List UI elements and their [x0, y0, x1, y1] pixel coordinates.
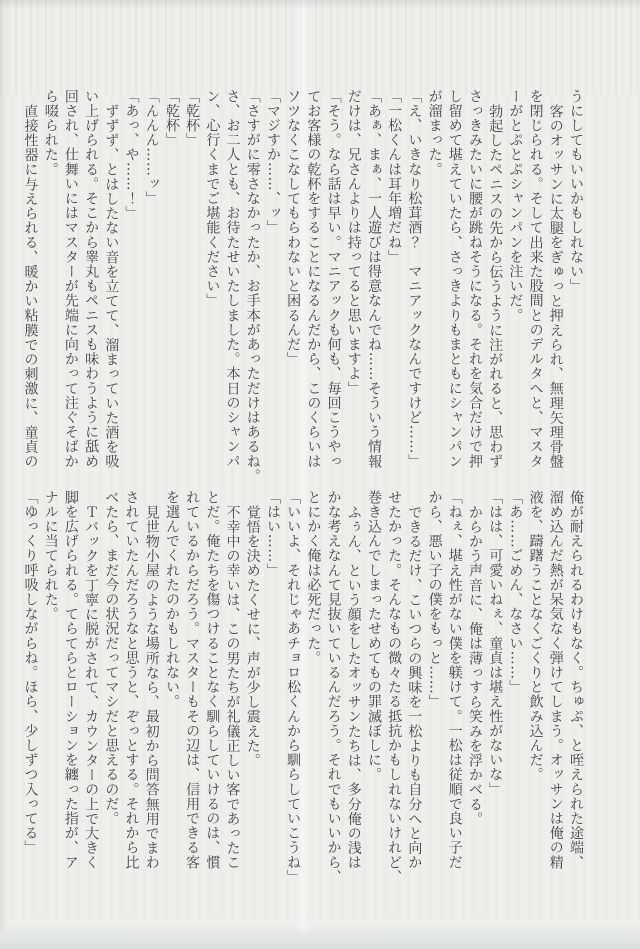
text-line: 脚を広げられる。てらてらとローションを纏った指が、ア	[61, 490, 81, 878]
text-line: 直接性器に与えられる、暖かい粘膜での刺激に、童貞の	[20, 89, 40, 477]
text-line: 勃起したペニスの先から伝うように注がれると、思わず	[485, 89, 505, 477]
text-line: を選んでくれたのかもしれない。	[162, 490, 182, 878]
text-line: 客のオッサンに太腿をぎゅっと押えられ、無理矢理骨盤	[546, 89, 566, 477]
text-line: 「乾杯」	[182, 89, 202, 477]
bottom-text-block: 俺が耐えられるわけもなく。ちゅぷ、と咥えられた途端、溜め込んだ熱が呆気なく弾けて…	[20, 490, 586, 878]
text-line: い上げられる。そこから睾丸もペニスも味わうように舐め	[81, 89, 101, 477]
text-line: ナルに当てられた。	[41, 490, 61, 878]
text-line: ふぅん、という顔をしたオッサンたちは、多分俺の浅は	[344, 490, 364, 878]
text-line: 液を、躊躇うことなくごくりと飲み込んだ。	[525, 490, 545, 878]
text-line: とにかく俺は必死だった。	[303, 490, 323, 878]
text-line: からかう声音に、俺は薄っすら笑みを浮かべる。	[465, 490, 485, 878]
text-line: ずずず、とはしたない音を立てて、溜まっていた酒を吸	[101, 89, 121, 477]
text-line: とだ。俺たちを傷つけることなく馴らしていけるのは、慣	[202, 490, 222, 878]
text-line: Ｔバックを丁寧に脱がされて、カウンターの上で大きく	[81, 490, 101, 878]
scan-edge-left	[0, 0, 8, 949]
text-line: さっきみたいに腰が跳ねそうになる。それを気合だけで押	[465, 89, 485, 477]
text-line: 「え、いきなり松茸酒？ マニアックなんですけど……」	[404, 89, 424, 477]
text-line: 「んんん……ッ」	[142, 89, 162, 477]
scan-streaks-top	[0, 0, 640, 95]
text-line: うにしてもいいかもしれない」	[566, 89, 586, 477]
top-text-block: うにしてもいいかもしれない」客のオッサンに太腿をぎゅっと押えられ、無理矢理骨盤を…	[20, 89, 586, 477]
text-line: れているからだろう。マスターもその辺は、信用できる客	[182, 490, 202, 878]
text-line: 「乾杯」	[162, 89, 182, 477]
text-line: できるだけ、こいつらの興味を一松よりも自分へと向か	[404, 490, 424, 878]
text-line: 「あぁ、まぁ、一人遊びは得意なんでね……そういう情報	[364, 89, 384, 477]
scan-edge-bottom	[0, 925, 640, 949]
text-line: てお客様の乾杯をすることになるんだから、このくらいは	[303, 89, 323, 477]
scanned-book-page: うにしてもいいかもしれない」客のオッサンに太腿をぎゅっと押えられ、無理矢理骨盤を…	[0, 0, 640, 949]
scan-edge-top	[0, 0, 640, 9]
text-line: だけは、兄さんよりは持ってると思いますよ」	[344, 89, 364, 477]
text-line: 俺が耐えられるわけもなく。ちゅぷ、と咥えられた途端、	[566, 490, 586, 878]
text-line: が溜まった。	[424, 89, 444, 477]
text-line: 「はは、可愛いねぇ、童貞は堪え性がないな」	[485, 490, 505, 878]
text-line: さ、お二人とも、お待たせいたしました。本日のシャンパ	[222, 89, 242, 477]
text-line: ーがとぷとぷシャンパンを注いだ。	[505, 89, 525, 477]
text-line: されていたんだろうなと思うと、ぞっとする。それから比	[121, 490, 141, 878]
text-line: 巻き込んでしまったせめてもの罪滅ぼしに。	[364, 490, 384, 878]
text-line: 「そう。なら話は早い。マニアックも何も、毎回こうやっ	[323, 89, 343, 477]
text-line: べたら、まだ今の状況だってマシだと思えるのだ。	[101, 490, 121, 878]
text-line: を閉じられる。そして出来た股間とのデルタへと、マスタ	[525, 89, 545, 477]
text-line: 不幸中の幸いは、この男たちが礼儀正しい客であったこ	[222, 490, 242, 878]
text-line: 見世物小屋のような場所なら、最初から問答無用でまわ	[142, 490, 162, 878]
text-line: 「マジすか……、ッ」	[263, 89, 283, 477]
text-line: から、悪い子の僕をもっと……」	[424, 490, 444, 878]
text-line: 「あ……ごめん、なさい……」	[505, 490, 525, 878]
text-line: 溜め込んだ熱が呆気なく弾けてしまう。オッサンは俺の精	[546, 490, 566, 878]
text-line: かな考えなんて見抜いているんだろう。それでもいいから、	[323, 490, 343, 878]
text-line: 覚悟を決めたくせに、声が少し震えた。	[243, 490, 263, 878]
text-line: 「ゆっくり呼吸しながらね。ほら、少しずつ入ってる」	[20, 490, 40, 878]
text-line: ン、心行くまでご堪能ください」	[202, 89, 222, 477]
text-line: 「ねぇ、堪え性がない僕を躾けて。一松は従順で良い子だ	[445, 490, 465, 878]
text-line: 回され、仕舞いにはマスターが先端に向かって注ぐそばか	[61, 89, 81, 477]
text-line: 「一松くんは耳年増だね」	[384, 89, 404, 477]
text-line: 「いいよ、それじゃあチョロ松くんから馴らしていこうね」	[283, 490, 303, 878]
text-line: 「あっ、や……！」	[121, 89, 141, 477]
text-line: し留めて堪えていたら、さっきよりもまともにシャンパン	[445, 89, 465, 477]
text-line: 「さすがに零さなかったか、お手本があっただけはあるね。	[243, 89, 263, 477]
text-line: ソツなくこなしてもらわないと困るんだ」	[283, 89, 303, 477]
text-line: せたかった。そんなもの微々たる抵抗かもしれないけれど、	[384, 490, 404, 878]
text-line: ら啜られた。	[41, 89, 61, 477]
text-line: 「はい……」	[263, 490, 283, 878]
